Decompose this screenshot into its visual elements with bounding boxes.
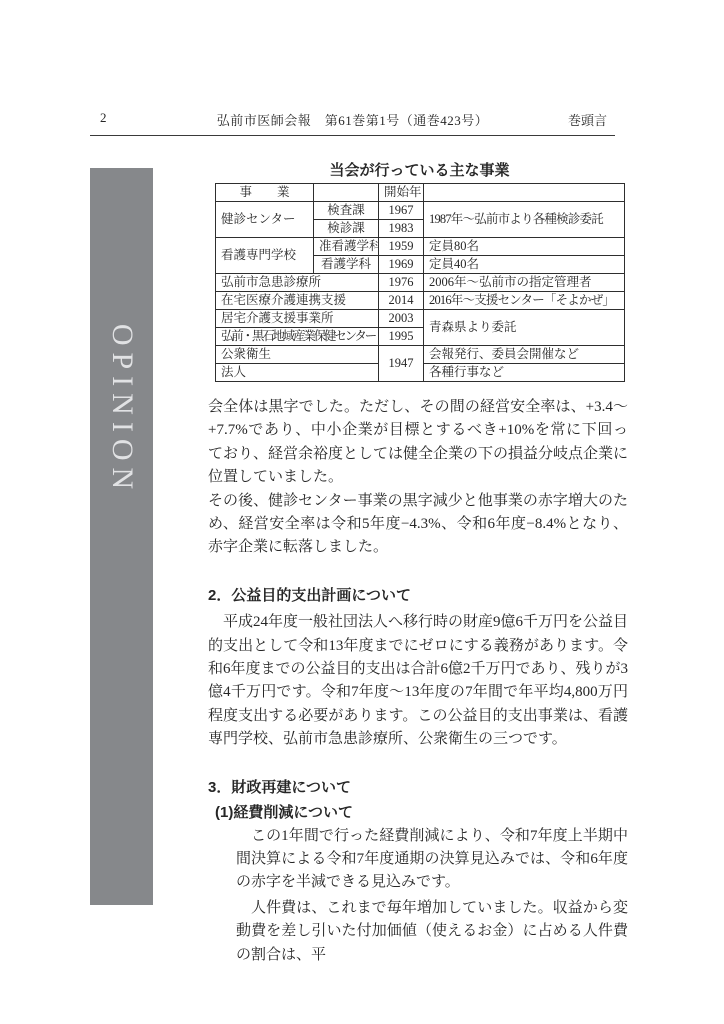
paragraph-carryover-2: その後、健診センター事業の黒字減少と他事業の赤字増大のため、経営安全率は令和5年… <box>208 490 628 560</box>
cell-year: 1976 <box>379 274 424 292</box>
table-row: 公衆衛生 1947 会報発行、委員会開催など <box>216 346 625 364</box>
table-row: 在宅医療介護連携支援 2014 2016年〜支援センター「そよかぜ」 <box>216 292 625 310</box>
cell-sub: 検査課 <box>314 202 379 220</box>
section3-sub1-heading: (1)経費削減について <box>215 801 628 824</box>
cell-year: 1995 <box>379 328 424 346</box>
header-rule <box>90 135 615 136</box>
section2-paragraph: 平成24年度一般社団法人へ移行時の財産9億6千万円を公益目的支出として令和13年… <box>208 611 628 751</box>
cell-note: 1987年〜弘前市より各種検診委託 <box>424 202 625 238</box>
cell-business: 居宅介護支援事業所 <box>216 310 379 328</box>
section2-heading: 2．公益目的支出計画について <box>208 584 628 607</box>
section3-heading: 3．財政再建について <box>208 776 628 799</box>
table-row: 健診センター 検査課 1967 1987年〜弘前市より各種検診委託 <box>216 202 625 220</box>
cell-note: 会報発行、委員会開催など <box>424 346 625 364</box>
cell-year: 1969 <box>379 256 424 274</box>
cell-sub: 検診課 <box>314 220 379 238</box>
cell-year: 1967 <box>379 202 424 220</box>
section3-sub1-paragraph-1: この1年間で行った経費削減により、令和7年度上半期中間決算による令和7年度通期の… <box>236 825 628 895</box>
cell-business: 在宅医療介護連携支援 <box>216 292 379 310</box>
cell-note: 2006年〜弘前市の指定管理者 <box>424 274 625 292</box>
cell-year: 2003 <box>379 310 424 328</box>
body-text: 会全体は黒字でした。ただし、その間の経営安全率は、+3.4〜+7.7%であり、中… <box>208 396 628 967</box>
cell-note: 定員40名 <box>424 256 625 274</box>
cell-sub: 看護学科 <box>314 256 379 274</box>
col-header-start-year: 開始年 <box>379 184 424 202</box>
table-row: 弘前市急患診療所 1976 2006年〜弘前市の指定管理者 <box>216 274 625 292</box>
cell-business: 看護専門学校 <box>216 238 314 274</box>
opinion-spine-bar: OPINION <box>90 168 153 905</box>
table-title: 当会が行っている主な事業 <box>215 159 624 180</box>
cell-note: 青森県より委託 <box>424 310 625 346</box>
cell-year: 1947 <box>379 346 424 382</box>
cell-year: 2014 <box>379 292 424 310</box>
paragraph-carryover-1: 会全体は黒字でした。ただし、その間の経営安全率は、+3.4〜+7.7%であり、中… <box>208 396 628 490</box>
col-header-note <box>424 184 625 202</box>
table-row: 居宅介護支援事業所 2003 青森県より委託 <box>216 310 625 328</box>
cell-business: 法人 <box>216 364 379 382</box>
table-row: 看護専門学校 准看護学科 1959 定員80名 <box>216 238 625 256</box>
col-header-business: 事 業 <box>216 184 314 202</box>
cell-business: 公衆衛生 <box>216 346 379 364</box>
cell-business: 弘前・黒石地域産業保健センター <box>216 328 379 346</box>
cell-sub: 准看護学科 <box>314 238 379 256</box>
col-header-sub <box>314 184 379 202</box>
cell-note: 2016年〜支援センター「そよかぜ」 <box>424 292 625 310</box>
cell-business: 健診センター <box>216 202 314 238</box>
cell-note: 各種行事など <box>424 364 625 382</box>
table-row: 事 業 開始年 <box>216 184 625 202</box>
cell-year: 1959 <box>379 238 424 256</box>
opinion-label: OPINION <box>105 324 139 496</box>
cell-note: 定員80名 <box>424 238 625 256</box>
cell-business: 弘前市急患診療所 <box>216 274 379 292</box>
section-label: 巻頭言 <box>90 110 607 129</box>
cell-year: 1983 <box>379 220 424 238</box>
section3-sub1-paragraph-2: 人件費は、これまで毎年増加していました。収益から変動費を差し引いた付加価値（使え… <box>236 897 628 967</box>
document-page: 2 弘前市医師会報 第61巻第1号（通巻423号） 巻頭言 OPINION 当会… <box>0 0 724 1024</box>
projects-table: 事 業 開始年 健診センター 検査課 1967 1987年〜弘前市より各種検診委… <box>215 183 625 382</box>
